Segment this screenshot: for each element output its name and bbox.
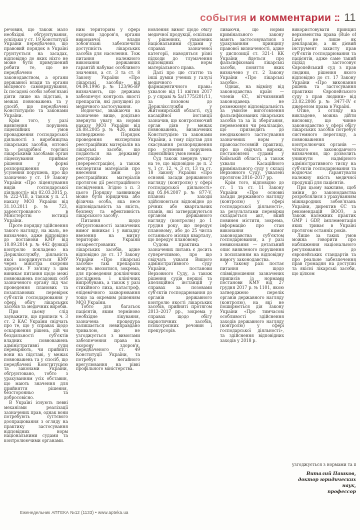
body-paragraph: Крім того, у разі виявлення порушень ліц… <box>4 119 68 224</box>
footer-issue-info: Еженедельник АПТЕКА №12 (1133) • www.apt… <box>20 510 128 515</box>
article-last-line: узгоджується з нормами та практикою ЄСПЛ… <box>292 463 356 468</box>
body-paragraph: У такому разі постає питання щодо співві… <box>220 262 284 343</box>
body-paragraph: Водночас, зважаючи на зазначене вище, до… <box>76 109 140 219</box>
body-paragraph: використовувати принцип верховенства пра… <box>292 28 356 109</box>
body-paragraph: Далі про цю статтю та інші думки учених … <box>148 71 212 157</box>
body-paragraph: Однак, на відміну від законодавства краї… <box>220 85 284 181</box>
newspaper-page: событияи комментарии::11 речовин, що так… <box>0 0 360 530</box>
section-title-bold: и комментарии <box>250 12 331 24</box>
text-column-last: використовувати принцип верховенства пра… <box>292 28 356 497</box>
body-paragraph: Тобто для багатьох пацієнтів, яким термі… <box>76 305 140 372</box>
text-column: новлення вимог щодо обігу медичної проду… <box>148 28 212 497</box>
section-separator: :: <box>334 12 339 24</box>
author-byline: Виталий Пашков, доктор юридических наук,… <box>292 472 356 496</box>
body-paragraph: Отже, з огляду на викладене, можна дійти… <box>292 109 356 186</box>
body-paragraph: Лише за таких умов можна говорити про на… <box>292 234 356 277</box>
body-paragraph: Суд також звернув увагу на те, що відпов… <box>148 157 212 243</box>
body-paragraph: Проте порядку здійснення такого нагляду,… <box>4 224 68 310</box>
text-column: ливаючи, що норми кримінального закону м… <box>220 28 284 497</box>
body-paragraph: Крім того, відповідно до ст. 1 та ст. 11… <box>220 181 284 262</box>
page-number: 11 <box>344 12 356 24</box>
body-paragraph: В Україні існують певні механізми реаліз… <box>4 401 68 444</box>
body-paragraph: ним територіям у сфері охорони здоров'я,… <box>76 28 140 109</box>
column-text-block: використовувати принцип верховенства пра… <box>292 28 356 463</box>
body-paragraph: Судова практика з зазначених питань є до… <box>148 243 212 334</box>
section-title-light: события <box>200 12 247 24</box>
section-header: событияи комментарии::11 <box>200 12 356 24</box>
author-title: профессор <box>292 490 356 496</box>
body-paragraph: Питання щодо обґрунтованості зазначених … <box>76 219 140 305</box>
author-degree: доктор юридических наук, <box>292 478 356 490</box>
body-paragraph: новлення вимог щодо обігу медичної проду… <box>148 28 212 71</box>
last-line-text: узгоджується з нормами та практикою ЄСПЛ… <box>292 463 356 467</box>
body-paragraph: При цьому важливо, щоб зміни до законода… <box>292 186 356 234</box>
text-column: речовин, що також мало необхідні обґрунт… <box>4 28 68 497</box>
body-paragraph: речовин, що також мало необхідні обґрунт… <box>4 28 68 119</box>
article-columns: речовин, що також мало необхідні обґрунт… <box>4 28 356 497</box>
body-paragraph: ливаючи, що норми кримінального закону м… <box>220 28 284 85</box>
body-paragraph: При цьому слід зауважити, що приписи ч. … <box>4 310 68 401</box>
text-column: ним територіям у сфері охорони здоров'я,… <box>76 28 140 497</box>
